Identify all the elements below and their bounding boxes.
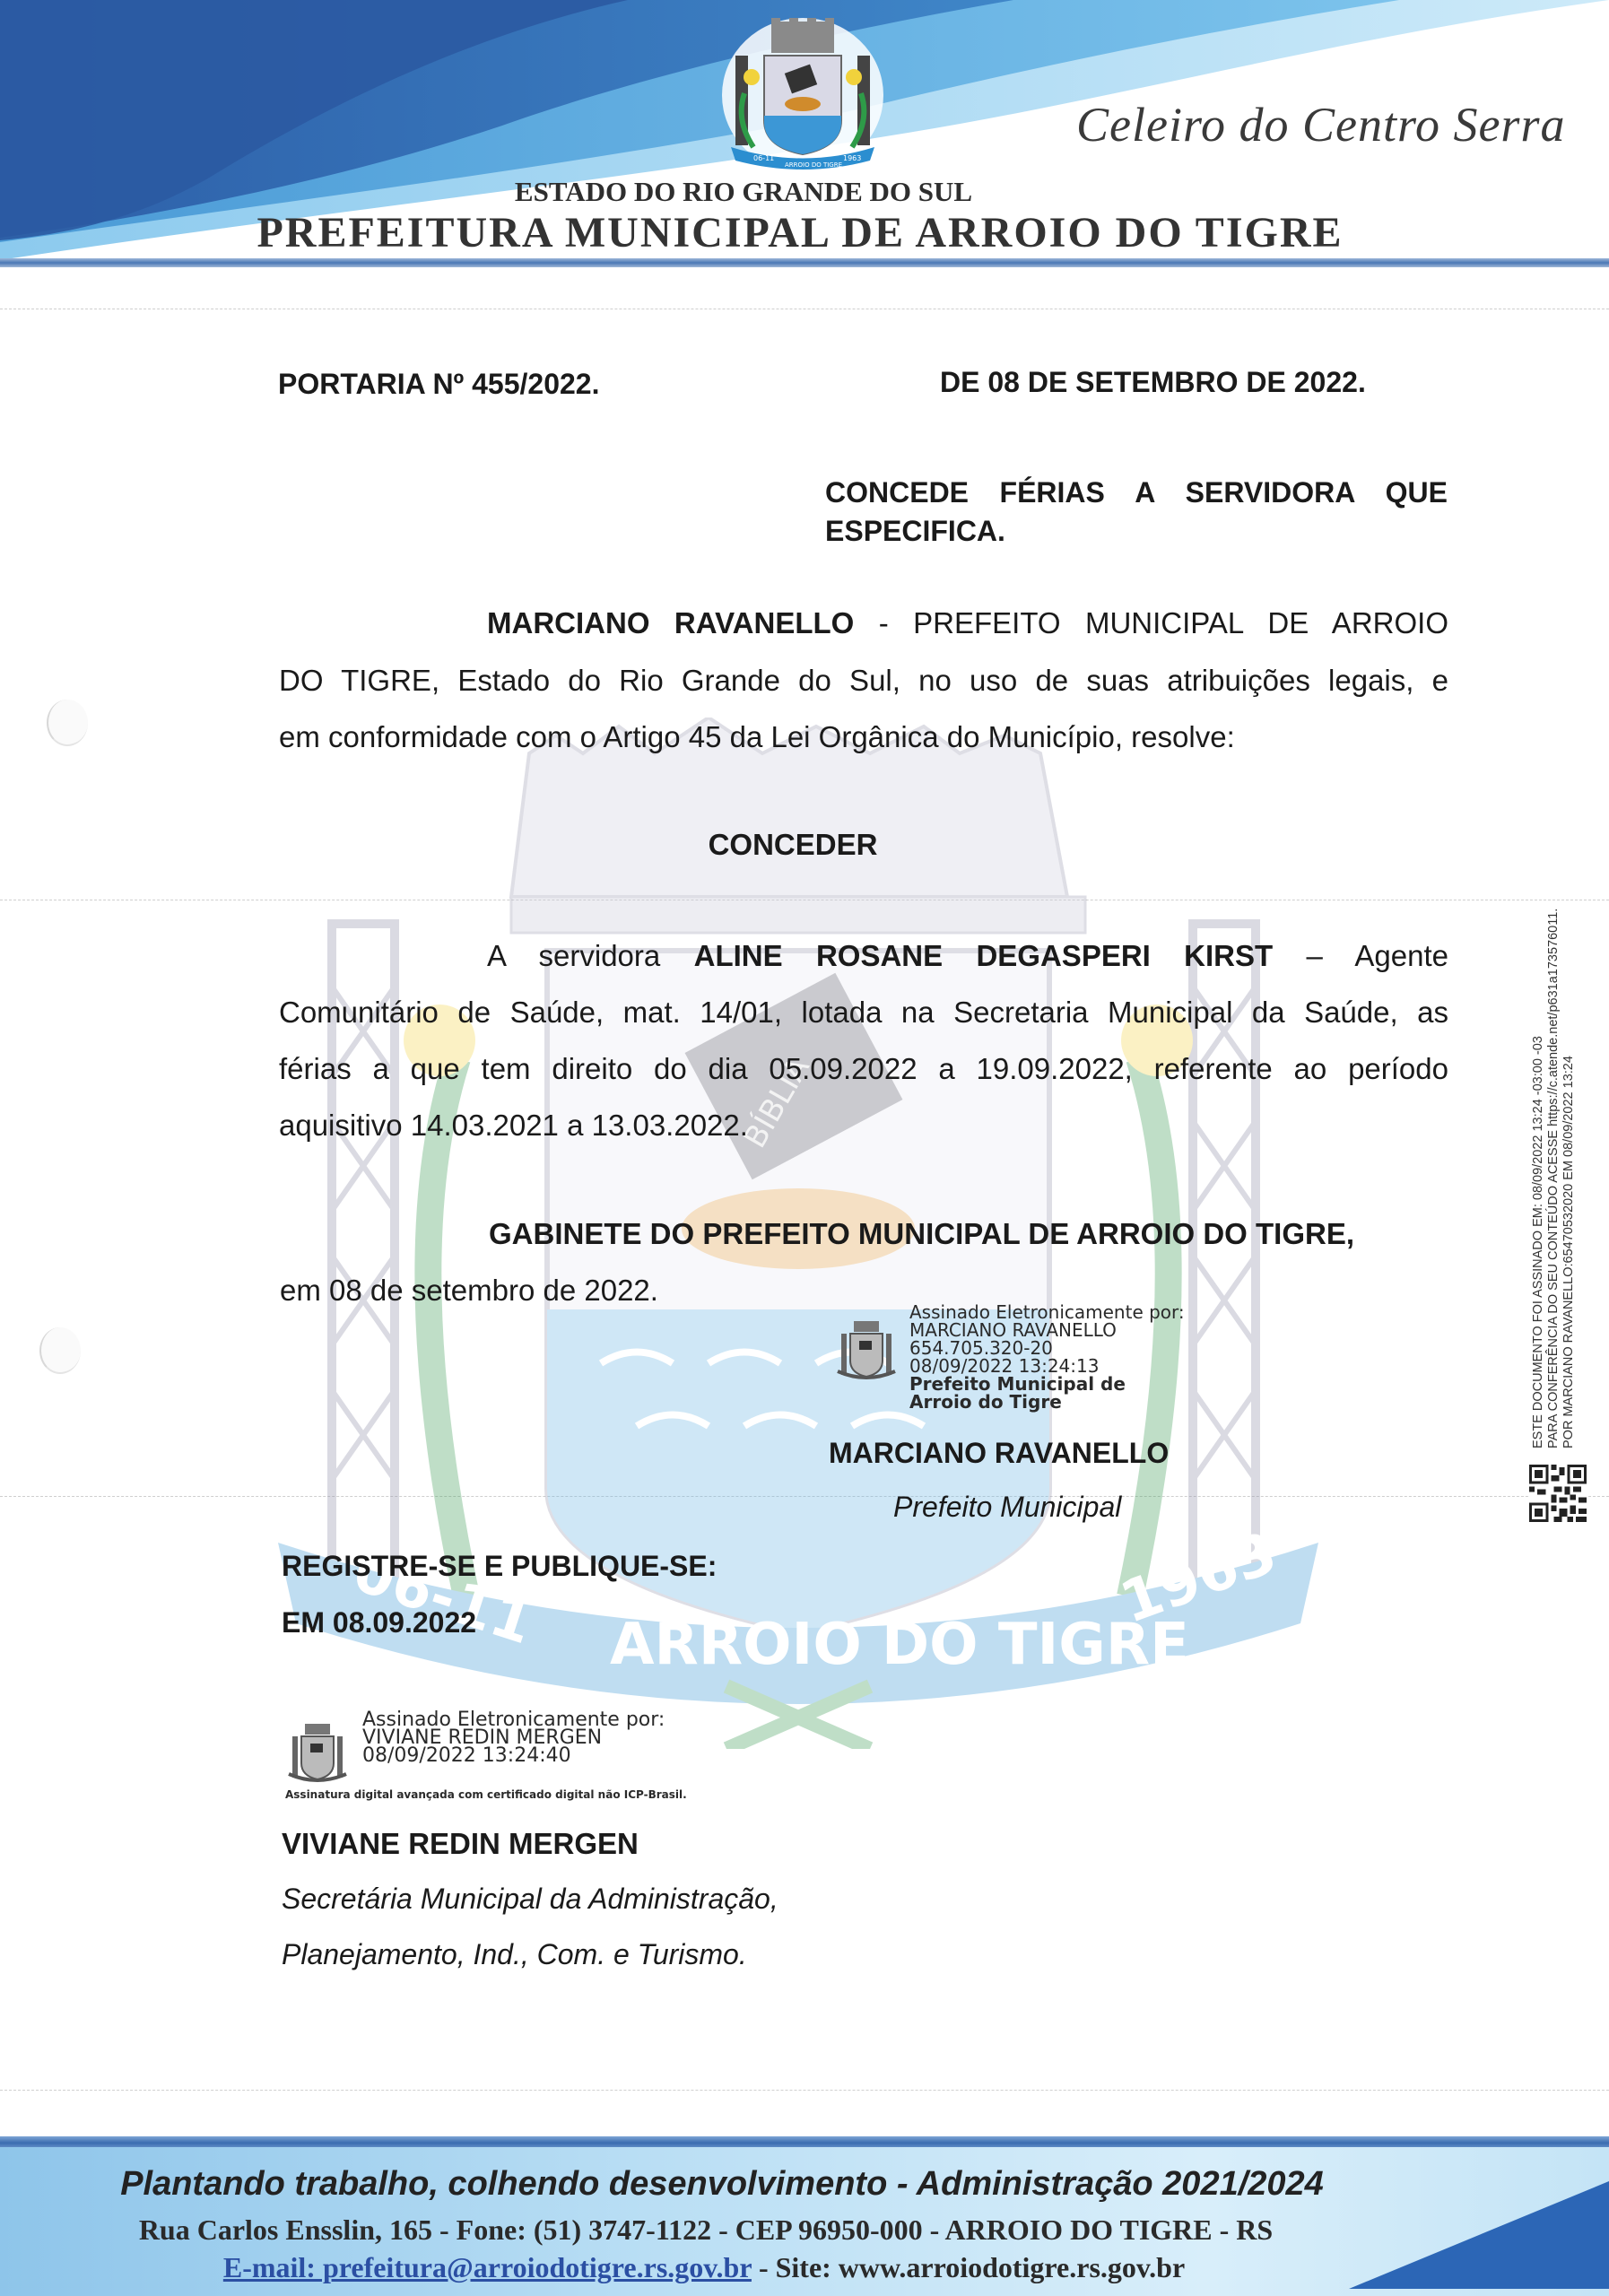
scan-fold-line	[0, 309, 1609, 309]
secretary-role-line1: Secretária Municipal da Administração,	[282, 1884, 778, 1913]
qr-code-icon[interactable]	[1529, 1465, 1587, 1522]
mayor-name-inline: MARCIANO RAVANELLO	[487, 606, 854, 639]
ordinance-summary-line1: CONCEDE FÉRIAS A SERVIDORA QUE	[825, 476, 1448, 509]
municipal-address: Rua Carlos Ensslin, 165 - Fone: (51) 374…	[0, 2213, 1609, 2247]
validation-link[interactable]: PARA CONFERÊNCIA DO SEU CONTEÚDO ACESSE …	[1546, 909, 1561, 1448]
publish-order: REGISTRE-SE E PUBLIQUE-SE:	[282, 1552, 717, 1580]
scan-fold-line	[0, 900, 1609, 900]
svg-text:ARROIO DO TIGRE: ARROIO DO TIGRE	[610, 1612, 1189, 1678]
svg-text:ARROIO DO TIGRE: ARROIO DO TIGRE	[785, 161, 842, 169]
signature-seal-icon	[285, 1720, 350, 1785]
ordinance-number: PORTARIA Nº 455/2022.	[278, 370, 599, 398]
letterhead: 06-11 ARROIO DO TIGRE 1963 Celeiro do Ce…	[0, 0, 1609, 287]
scan-fold-line	[0, 2090, 1609, 2091]
header-divider	[0, 258, 1609, 267]
scan-fold-line	[0, 1496, 1609, 1497]
contact-info: E-mail: prefeitura@arroiodotigre.rs.gov.…	[0, 2251, 1609, 2284]
punch-hole	[47, 700, 88, 746]
institution-name: PREFEITURA MUNICIPAL DE ARROIO DO TIGRE	[0, 208, 1609, 257]
publish-date: EM 08.09.2022	[282, 1608, 476, 1637]
grant-line4: aquisitivo 14.03.2021 a 13.03.2022.	[279, 1109, 1448, 1143]
grant-line3: férias a que tem direito do dia 05.09.20…	[279, 1052, 1448, 1086]
grant-line2: Comunitário de Saúde, mat. 14/01, lotada…	[279, 996, 1448, 1030]
action-heading: CONCEDER	[0, 830, 1609, 859]
svg-text:06-11: 06-11	[753, 154, 774, 162]
municipal-motto: Celeiro do Centro Serra	[1076, 97, 1565, 152]
state-name: ESTADO DO RIO GRANDE DO SUL	[0, 176, 1609, 208]
document-validation-notice: ESTE DOCUMENTO FOI ASSINADO EM: 08/09/20…	[1531, 909, 1577, 1448]
secretary-role-line2: Planejamento, Ind., Com. e Turismo.	[282, 1940, 747, 1969]
svg-text:1963: 1963	[843, 154, 861, 162]
svg-text:1963: 1963	[1112, 1520, 1285, 1637]
letterhead-footer: Plantando trabalho, colhendo desenvolvim…	[0, 2136, 1609, 2296]
website-link[interactable]: Site: www.arroiodotigre.rs.gov.br	[776, 2251, 1186, 2283]
mayor-signature-role: Prefeito Municipal	[893, 1492, 1121, 1521]
employee-name: ALINE ROSANE DEGASPERI KIRST	[694, 939, 1274, 972]
preamble-line2: DO TIGRE, Estado do Rio Grande do Sul, n…	[279, 664, 1448, 698]
preamble-line1: MARCIANO RAVANELLO - PREFEITO MUNICIPAL …	[487, 606, 1448, 640]
grant-line1: A servidora ALINE ROSANE DEGASPERI KIRST…	[487, 939, 1448, 973]
municipal-coat-of-arms-icon: 06-11 ARROIO DO TIGRE 1963	[718, 13, 888, 174]
signature-seal-icon	[834, 1318, 899, 1382]
email-link[interactable]: E-mail: prefeitura@arroiodotigre.rs.gov.…	[223, 2251, 752, 2283]
closing-line2: em 08 de setembro de 2022.	[280, 1275, 658, 1305]
footer-divider	[0, 2136, 1609, 2147]
ordinance-date: DE 08 DE SETEMBRO DE 2022.	[940, 368, 1366, 396]
closing-line1: GABINETE DO PREFEITO MUNICIPAL DE ARROIO…	[489, 1217, 1448, 1251]
preamble-line3: em conformidade com o Artigo 45 da Lei O…	[279, 720, 1448, 754]
administration-slogan: Plantando trabalho, colhendo desenvolvim…	[0, 2165, 1609, 2204]
punch-hole	[39, 1327, 81, 1374]
ordinance-summary-line2: ESPECIFICA.	[825, 517, 1005, 545]
mayor-signature-name: MARCIANO RAVANELLO	[829, 1439, 1169, 1467]
secretary-signature-name: VIVIANE REDIN MERGEN	[282, 1829, 639, 1858]
